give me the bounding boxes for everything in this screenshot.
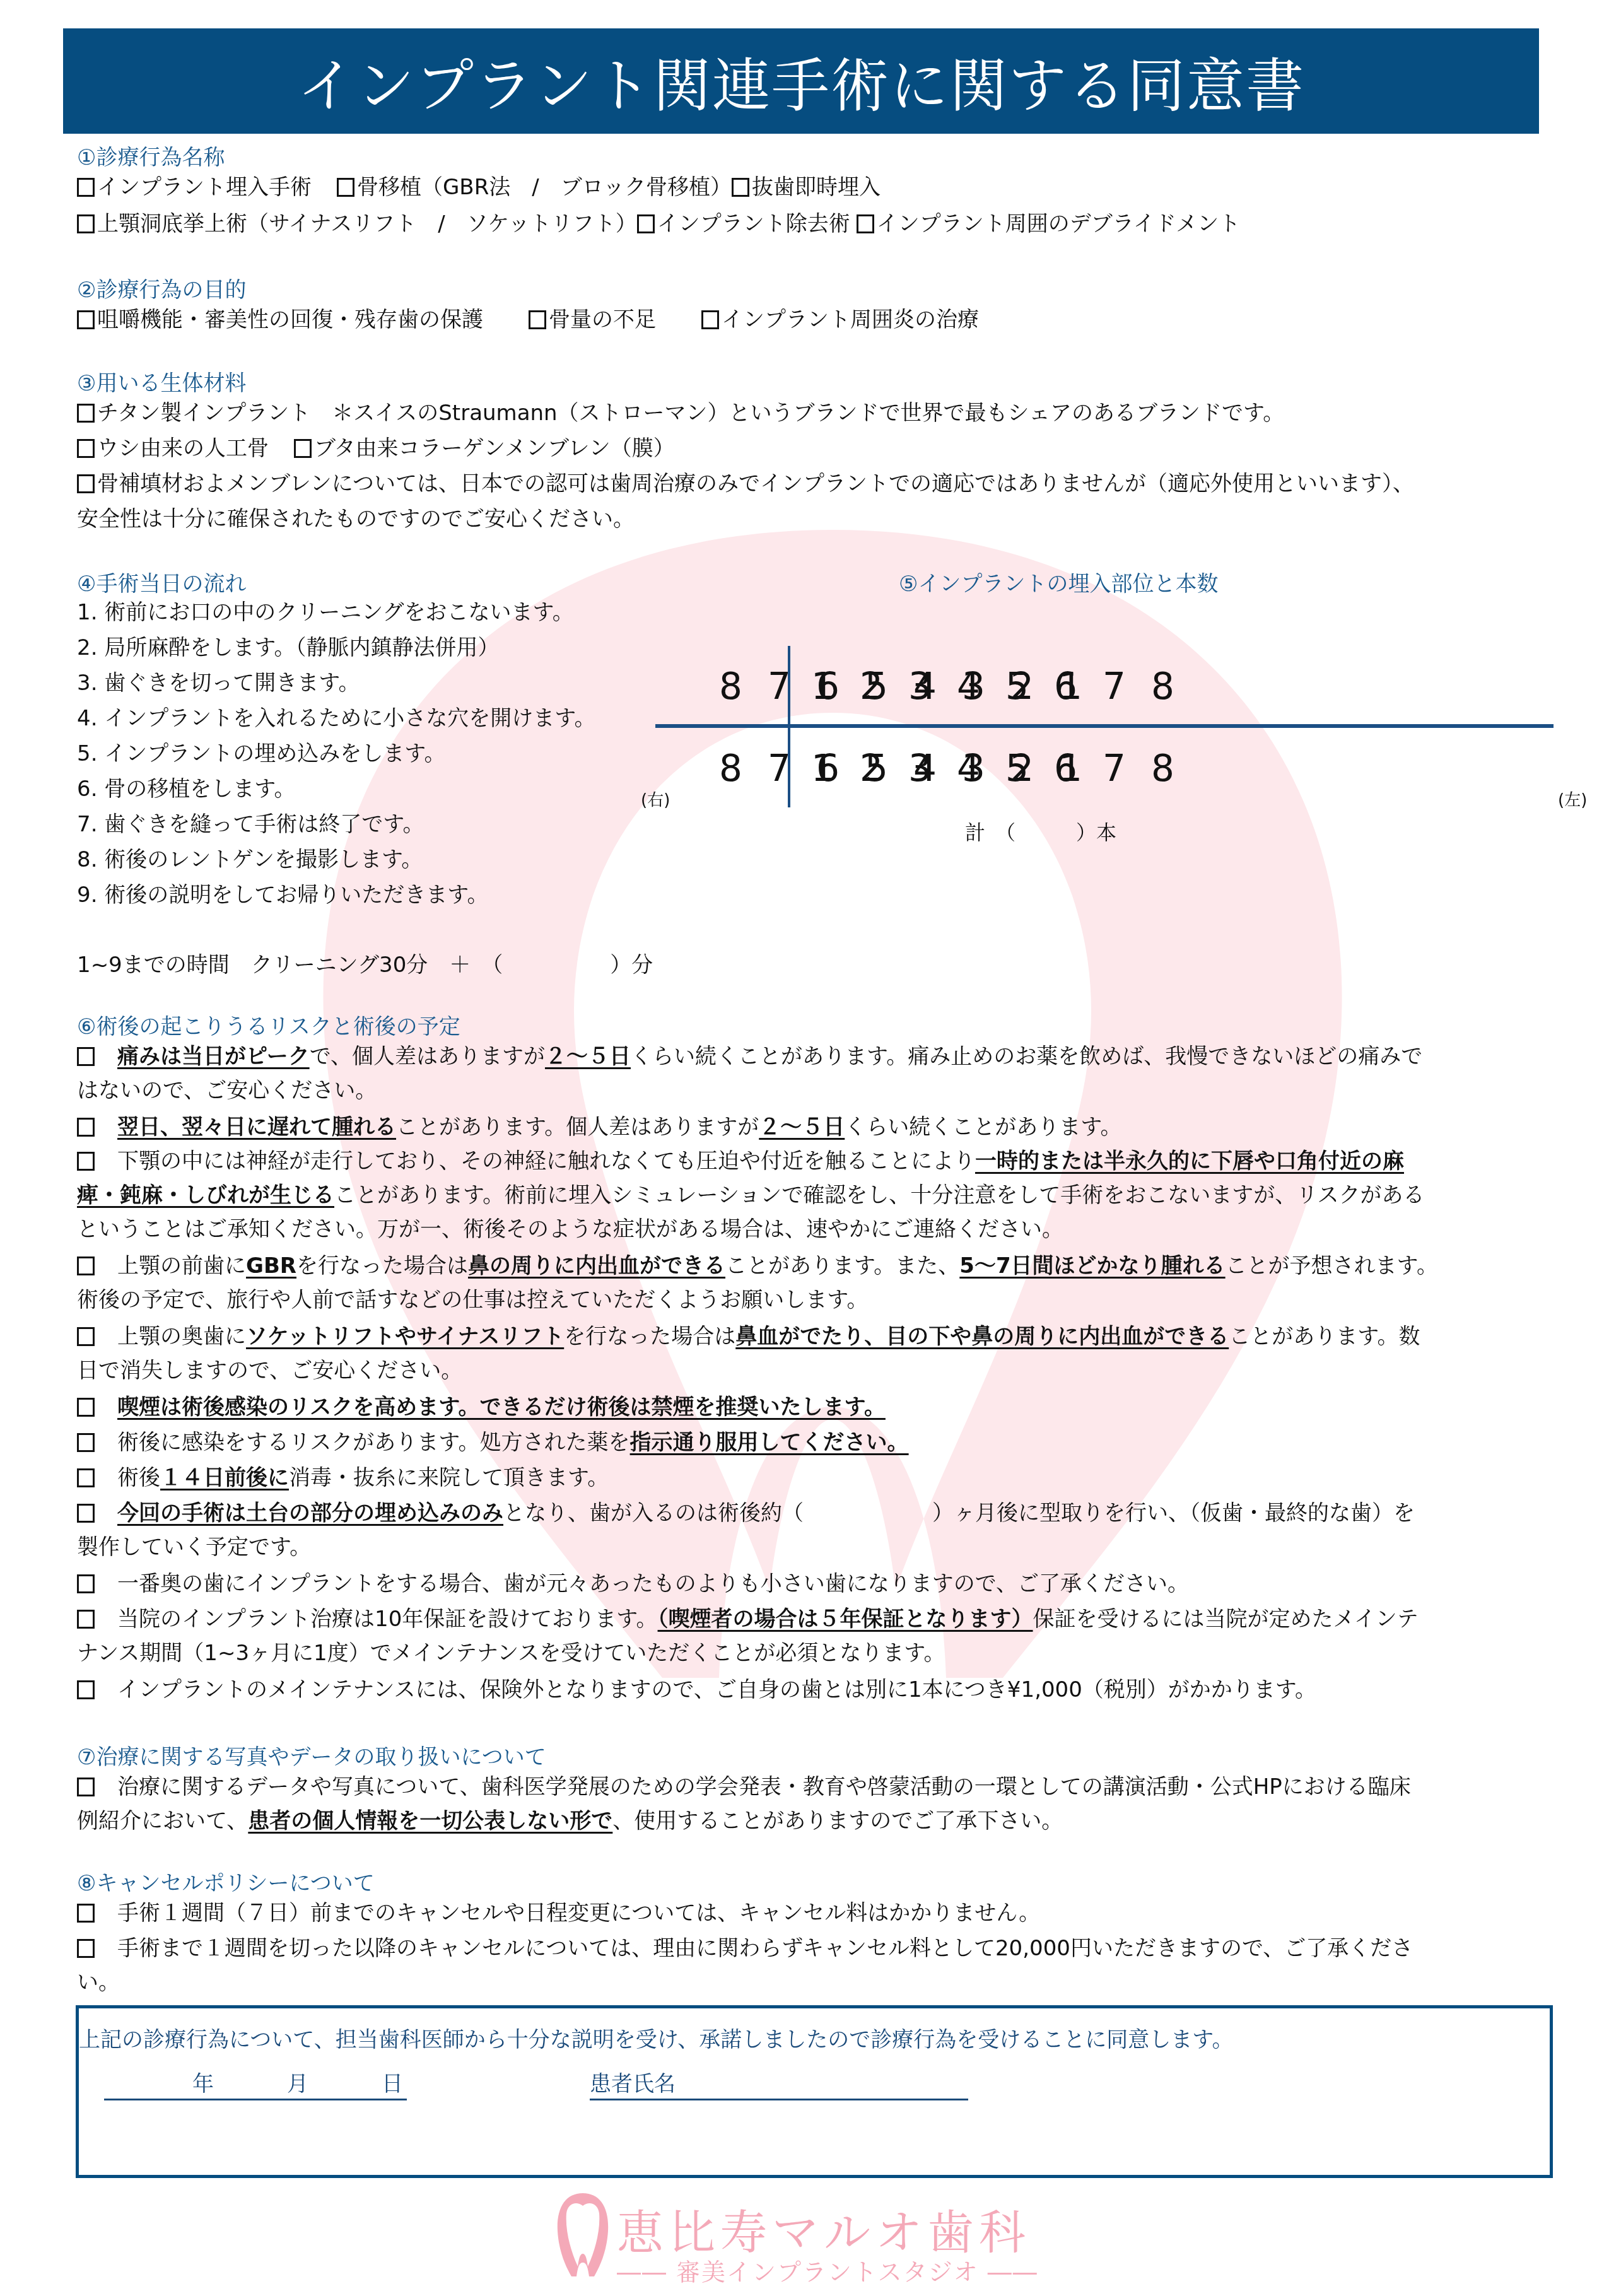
- emphasis: 5〜7日間ほどかなり腫れる: [959, 1253, 1225, 1279]
- text: ことがあります。また、: [725, 1253, 959, 1279]
- checkbox-implant-removal[interactable]: [637, 214, 655, 233]
- checkbox-risk-swelling[interactable]: [77, 1118, 95, 1137]
- text: 製作していく予定です。: [77, 1535, 311, 1560]
- text: 術後: [117, 1465, 160, 1491]
- checkbox-off-label-notice[interactable]: [77, 474, 95, 493]
- text: 上顎の前歯に: [117, 1253, 246, 1279]
- text: ことがあります。術前に埋入シミュレーションで確認をし、十分注意をして手術をおこな…: [334, 1183, 1425, 1208]
- section-3-row-2: ウシ由来の人工骨ブタ由来コラーゲンメンブレン（膜）: [77, 431, 675, 466]
- emphasis: 痛みは当日がピーク: [117, 1044, 310, 1069]
- text: を行なった場合は: [564, 1324, 735, 1349]
- months-field[interactable]: となり、歯が入るのは術後約（ ）ヶ月後に型取りを行い、（仮歯・最終的な歯）を: [503, 1501, 1415, 1526]
- text: はないので、ご安心ください。: [77, 1078, 377, 1103]
- risk-item-pain: 痛みは当日がピークで、個人差はありますが２〜５日くらい続くことがあります。痛み止…: [77, 1040, 1553, 1108]
- text: い。: [77, 1970, 120, 1995]
- option-label: チタン製インプラント ＊スイスのStraumann（ストローマン）というブランド…: [97, 401, 1284, 426]
- checkbox-suture-removal[interactable]: [77, 1468, 95, 1487]
- emphasis: 今回の手術は土台の部分の埋め込みのみ: [117, 1501, 503, 1526]
- option-label: ブタ由来コラーゲンメンブレン（膜）: [314, 436, 675, 461]
- tooth-chart: 87654321 12345678 87654321 12345678 (右) …: [650, 637, 1571, 845]
- checkbox-bovine-bone[interactable]: [77, 439, 95, 458]
- checkbox-warranty[interactable]: [77, 1610, 95, 1629]
- emphasis: １４日前後に: [160, 1465, 289, 1491]
- tooth-ul8[interactable]: 8: [1138, 665, 1187, 708]
- section-7-title: ⑦治療に関する写真やデータの取り扱いについて: [77, 1740, 546, 1771]
- text: で、個人差はありますが: [310, 1044, 545, 1069]
- text: 日で消失しますので、ご安心ください。: [77, 1358, 462, 1383]
- document-header: インプラント関連手術に関する同意書: [63, 28, 1539, 134]
- section-6-title: ⑥術後の起こりうるリスクと術後の予定: [77, 1009, 460, 1040]
- checkbox-sinus-lift[interactable]: [77, 214, 95, 233]
- tooth-logo-icon: [555, 2192, 611, 2279]
- tooth-ll5[interactable]: 5: [993, 747, 1041, 790]
- checkbox-schedule[interactable]: [77, 1504, 95, 1523]
- text: 手術まで１週間を切った以降のキャンセルについては、理由に関わらずキャンセル料とし…: [117, 1936, 1413, 1961]
- text: くらい続くことがあります。: [845, 1115, 1121, 1140]
- emphasis: 鼻の周りに内出血ができる: [468, 1253, 725, 1279]
- checkbox-risk-gbr[interactable]: [77, 1256, 95, 1275]
- implant-total-field[interactable]: 計 （ ）本: [965, 817, 1116, 846]
- checkbox-function-restoration[interactable]: [77, 310, 95, 329]
- option-label: 骨量の不足: [549, 307, 656, 332]
- text: 当院のインプラント治療は10年保証を設けております。: [117, 1607, 658, 1632]
- text: くらい続くことがあります。痛み止めのお薬を飲めば、我慢できないほどの痛みで: [631, 1044, 1422, 1069]
- emphasis: 喫煙は術後感染のリスクを高めます。できるだけ術後は禁煙を推奨いたします。: [117, 1395, 886, 1420]
- lower-left-teeth: 12345678: [799, 747, 1187, 790]
- date-field[interactable]: 年 月 日: [104, 2068, 407, 2100]
- checkbox-peri-implantitis[interactable]: [701, 310, 719, 329]
- emphasis: 痺・鈍麻・しびれが生じる: [77, 1183, 334, 1208]
- section-2-row: 咀嚼機能・審美性の回復・残存歯の保護骨量の不足インプラント周囲炎の治療: [77, 303, 979, 337]
- emphasis: 患者の個人情報を一切公表しない形で: [248, 1808, 612, 1834]
- risk-item-maintenance-fee: インプラントのメインテナンスには、保険外となりますので、ご自身の歯とは別に1本に…: [77, 1673, 1553, 1707]
- tooth-ll4[interactable]: 4: [944, 747, 993, 790]
- section-4-title: ④手術当日の流れ: [77, 566, 246, 597]
- checkbox-debridement[interactable]: [857, 214, 874, 233]
- risk-item-smoking: 喫煙は術後感染のリスクを高めます。できるだけ術後は禁煙を推奨いたします。: [77, 1390, 1553, 1424]
- text: 手術１週間（７日）前までのキャンセルや日程変更については、キャンセル料はかかりま…: [117, 1901, 1040, 1926]
- left-side-label: (左): [1558, 787, 1587, 811]
- emphasis: 一時的または半永久的に下唇や口角付近の麻: [975, 1149, 1404, 1174]
- text: 一番奥の歯にインプラントをする場合、歯が元々あったものよりも小さい歯になりますの…: [117, 1571, 1189, 1596]
- tooth-ll7[interactable]: 7: [1090, 747, 1138, 790]
- data-usage-item: 治療に関するデータや写真について、歯科医学発展のための学会発表・教育や啓蒙活動の…: [77, 1770, 1553, 1838]
- step-8: 8. 術後のレントゲンを撮影します。: [77, 843, 423, 877]
- tooth-ul2[interactable]: 2: [847, 665, 896, 708]
- section-8-title: ⑧キャンセルポリシーについて: [77, 1866, 375, 1897]
- option-label: ウシ由来の人工骨: [97, 436, 269, 461]
- tooth-ul4[interactable]: 4: [944, 665, 993, 708]
- patient-name-field[interactable]: 患者氏名: [590, 2068, 968, 2100]
- tooth-ll8[interactable]: 8: [1138, 747, 1187, 790]
- section-1-title: ①診療行為名称: [77, 140, 225, 171]
- risk-item-gbr: 上顎の前歯にGBRを行なった場合は鼻の周りに内出血ができることがあります。また、…: [77, 1249, 1553, 1317]
- risk-item-schedule: 今回の手術は土台の部分の埋め込みのみとなり、歯が入るのは術後約（ ）ヶ月後に型取…: [77, 1496, 1553, 1564]
- section-3-title: ③用いる生体材料: [77, 366, 246, 397]
- emphasis: GBR: [246, 1253, 296, 1279]
- step-4: 4. インプラントを入れるために小さな穴を開けます。: [77, 701, 596, 735]
- risk-item-swelling: 翌日、翌々日に遅れて腫れることがあります。個人差はありますが２〜５日くらい続くこ…: [77, 1110, 1553, 1144]
- patient-name-label: 患者氏名: [590, 2066, 676, 2097]
- section-3-row-1: チタン製インプラント ＊スイスのStraumann（ストローマン）というブランド…: [77, 396, 1284, 430]
- tooth-ur7[interactable]: 7: [755, 665, 804, 708]
- step-1: 1. 術前にお口の中のクリーニングをおこないます。: [77, 595, 574, 630]
- section-3-row-3: 骨補填材およメンブレンについては、日本での認可は歯周治療のみでインプラントでの適…: [77, 467, 1414, 501]
- section-1-row-1: インプラント埋入手術骨移植（GBR法 / ブロック骨移植）抜歯即時埋入: [77, 170, 881, 204]
- option-label: 咀嚼機能・審美性の回復・残存歯の保護: [97, 307, 483, 332]
- text: 保証を受けるには当院が定めたメインテ: [1033, 1607, 1419, 1632]
- text: ナンス期間（1~3ヶ月に1度）でメインテナンスを受けていただくことが必須となりま…: [77, 1641, 945, 1666]
- option-label: 骨補填材およメンブレンについては、日本での認可は歯周治療のみでインプラントでの適…: [97, 471, 1414, 496]
- option-label: インプラント除去術: [657, 211, 850, 237]
- checkbox-risk-sinus[interactable]: [77, 1327, 95, 1346]
- checkbox-risk-nerve[interactable]: [77, 1152, 95, 1171]
- text: 治療に関するデータや写真について、歯科医学発展のための学会発表・教育や啓蒙活動の…: [117, 1774, 1411, 1800]
- emphasis: 翌日、翌々日に遅れて腫れる: [117, 1115, 396, 1140]
- checkbox-implant-placement[interactable]: [77, 178, 95, 197]
- text: 下顎の中には神経が走行しており、その神経に触れなくても圧迫や付近を触ることにより: [117, 1149, 975, 1174]
- checkbox-titanium-implant[interactable]: [77, 404, 95, 423]
- tooth-ul1[interactable]: 1: [799, 665, 847, 708]
- checkbox-risk-infection[interactable]: [77, 1433, 95, 1452]
- cancel-item-2: 手術まで１週間を切った以降のキャンセルについては、理由に関わらずキャンセル料とし…: [77, 1931, 1553, 2000]
- checkbox-porcine-membrane[interactable]: [294, 439, 312, 458]
- step-7: 7. 歯ぐきを縫って手術は終了です。: [77, 807, 424, 841]
- step-2: 2. 局所麻酔をします。（静脈内鎮静法併用）: [77, 631, 500, 665]
- tooth-ul6[interactable]: 6: [1041, 665, 1090, 708]
- emphasis: ソケットリフトやサイナスリフト: [246, 1324, 564, 1349]
- text: インプラントのメインテナンスには、保険外となりますので、ご自身の歯とは別に1本に…: [117, 1677, 1316, 1702]
- text: 上顎の奥歯に: [117, 1324, 246, 1349]
- section-1-row-2: 上顎洞底挙上術（サイナスリフト / ソケットリフト）インプラント除去術インプラン…: [77, 207, 1240, 241]
- risk-item-sinus: 上顎の奥歯にソケットリフトやサイナスリフトを行なった場合は鼻血がでたり、目の下や…: [77, 1320, 1553, 1388]
- document-title: インプラント関連手術に関する同意書: [297, 40, 1305, 123]
- consent-statement: 上記の診療行為について、担当歯科医師から十分な説明を受け、承諾しましたので診療行…: [79, 2022, 1234, 2053]
- emphasis: 指示通り服用してください。: [630, 1430, 909, 1455]
- tooth-ul7[interactable]: 7: [1090, 665, 1138, 708]
- tooth-ur8[interactable]: 8: [706, 665, 755, 708]
- step-5: 5. インプラントの埋め込みをします。: [77, 737, 446, 771]
- cancel-item-1: 手術１週間（７日）前までのキャンセルや日程変更については、キャンセル料はかかりま…: [77, 1896, 1553, 1930]
- checkbox-cancel-free[interactable]: [77, 1904, 95, 1923]
- emphasis: ２〜５日: [545, 1044, 631, 1069]
- option-label: 骨移植（GBR法 / ブロック骨移植）: [357, 175, 732, 200]
- section-5-title: ⑤インプラントの埋入部位と本数: [899, 566, 1218, 597]
- tooth-ul3[interactable]: 3: [896, 665, 944, 708]
- checkbox-immediate-placement[interactable]: [732, 178, 749, 197]
- checkbox-maintenance-fee[interactable]: [77, 1680, 95, 1699]
- risk-item-infection: 術後に感染をするリスクがあります。処方された薬を指示通り服用してください。: [77, 1426, 1553, 1460]
- option-label: 上顎洞底挙上術（サイナスリフト / ソケットリフト）: [97, 211, 637, 237]
- tooth-lr7[interactable]: 7: [755, 747, 804, 790]
- text: 術後の予定で、旅行や人前で話すなどの仕事は控えていただくようお願いします。: [77, 1287, 869, 1313]
- tooth-ll3[interactable]: 3: [896, 747, 944, 790]
- right-side-label: (右): [641, 787, 670, 811]
- text: ということはご承知ください。万が一、術後そのような症状がある場合は、速やかにご連…: [77, 1217, 1063, 1242]
- step-3: 3. 歯ぐきを切って開きます。: [77, 666, 360, 700]
- tooth-ll2[interactable]: 2: [847, 747, 896, 790]
- option-label: 抜歯即時埋入: [752, 175, 881, 200]
- text: 例紹介において、: [77, 1808, 248, 1834]
- tooth-lr8[interactable]: 8: [706, 747, 755, 790]
- option-label: インプラント周囲のデブライドメント: [877, 211, 1241, 237]
- month-label: 月: [287, 2066, 308, 2097]
- clinic-subtitle: ―― 審美インプラントスタジオ ――: [617, 2252, 1038, 2287]
- text: 消毒・抜糸に来院して頂きます。: [289, 1465, 609, 1491]
- checkbox-bone-deficiency[interactable]: [529, 310, 546, 329]
- emphasis: 鼻血がでたり、目の下や鼻の周りに内出血ができる: [735, 1324, 1229, 1349]
- section-3-row-3-cont: 安全性は十分に確保されたものですのでご安心ください。: [77, 502, 635, 536]
- day-label: 日: [382, 2066, 403, 2097]
- text: ことがあります。数: [1229, 1324, 1420, 1349]
- text: 、使用することがありますのでご了承下さい。: [612, 1808, 1063, 1834]
- text: ことがあります。個人差はありますが: [396, 1115, 759, 1140]
- text: 術後に感染をするリスクがあります。処方された薬を: [117, 1430, 630, 1455]
- year-label: 年: [192, 2066, 214, 2097]
- text: ことが予想されます。: [1226, 1253, 1438, 1279]
- checkbox-tooth-size[interactable]: [77, 1574, 95, 1593]
- tooth-ul5[interactable]: 5: [993, 665, 1041, 708]
- section-2-title: ②診療行為の目的: [77, 272, 246, 303]
- risk-item-suture-removal: 術後１４日前後に消毒・抜糸に来院して頂きます。: [77, 1461, 1553, 1495]
- checkbox-bone-graft[interactable]: [337, 178, 354, 197]
- risk-item-tooth-size: 一番奥の歯にインプラントをする場合、歯が元々あったものよりも小さい歯になりますの…: [77, 1567, 1553, 1601]
- upper-left-teeth: 12345678: [799, 665, 1187, 708]
- consent-signature-box: 上記の診療行為について、担当歯科医師から十分な説明を受け、承諾しましたので診療行…: [76, 2005, 1553, 2178]
- tooth-ll6[interactable]: 6: [1041, 747, 1090, 790]
- checkbox-cancel-fee[interactable]: [77, 1939, 95, 1958]
- step-9: 9. 術後の説明をしてお帰りいただきます。: [77, 878, 489, 912]
- risk-item-warranty: 当院のインプラント治療は10年保証を設けております。（喫煙者の場合は５年保証とな…: [77, 1602, 1553, 1670]
- emphasis: ２〜５日: [759, 1115, 845, 1140]
- duration-field[interactable]: 1~9までの時間 クリーニング30分 ＋ （ ）分: [77, 948, 653, 982]
- step-6: 6. 骨の移植をします。: [77, 772, 296, 806]
- option-label: インプラント周囲炎の治療: [722, 307, 979, 332]
- checkbox-data-usage[interactable]: [77, 1778, 95, 1796]
- risk-item-nerve: 下顎の中には神経が走行しており、その神経に触れなくても圧迫や付近を触ることにより…: [77, 1144, 1553, 1246]
- text: を行なった場合は: [296, 1253, 468, 1279]
- checkbox-risk-smoking[interactable]: [77, 1398, 95, 1417]
- clinic-logo: 恵比寿マルオ歯科 ―― 審美インプラントスタジオ ――: [555, 2192, 1085, 2287]
- emphasis: （喫煙者の場合は５年保証となります）: [658, 1607, 1033, 1632]
- checkbox-risk-pain[interactable]: [77, 1047, 95, 1066]
- option-label: インプラント埋入手術: [97, 175, 312, 200]
- tooth-ll1[interactable]: 1: [799, 747, 847, 790]
